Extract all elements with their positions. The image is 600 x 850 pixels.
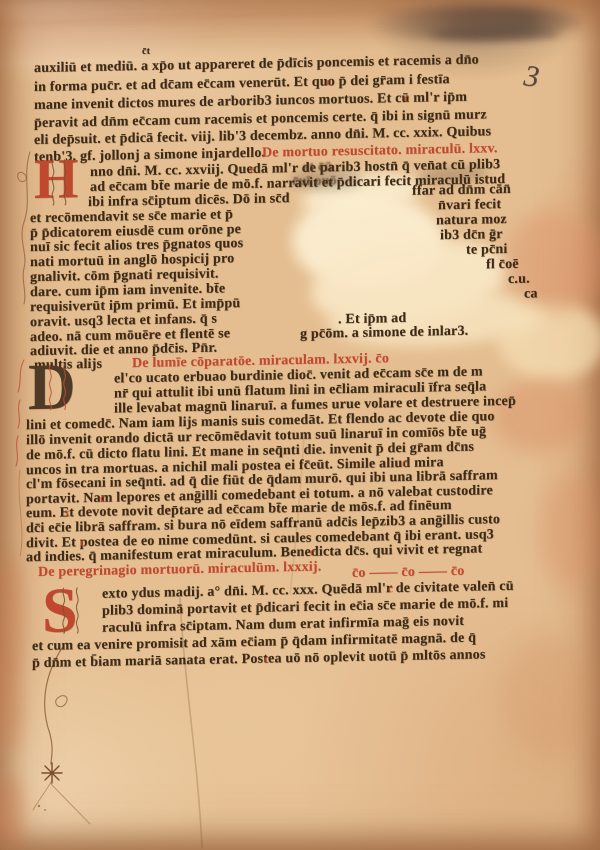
rubric-touch: c [310,545,316,560]
text-line: ca [524,286,538,302]
text-line: g pc̄ōm. a simone de inlar3. [300,324,468,343]
rubric-touch: c [264,652,270,667]
rubric-touch: c [404,91,410,106]
ghost-text: at c̄ū [302,159,332,176]
initial-penwork [42,583,99,638]
illuminated-initial-D: D [28,359,87,416]
rubric-touch: c [388,581,394,596]
initial-penwork [28,359,87,416]
illuminated-initial-H: H [34,155,84,204]
rubric-touch: c [66,505,72,520]
rubric-touch: c [80,535,86,550]
rubric-touch: c [402,456,408,471]
rubric-touch: c [326,74,332,89]
initial-penwork [34,155,84,204]
ghost-text: c̄uī ouō [292,173,337,190]
rubric-touch: c [100,491,106,506]
text-block: c̄tauxiliū et mediū. a xp̄o ut appareret… [0,0,600,850]
manuscript-page: c̄tauxiliū et mediū. a xp̄o ut appareret… [0,0,600,850]
illuminated-initial-S: S [42,583,99,638]
text-line: c̄t [142,46,150,57]
text-line: c.u. [508,272,530,288]
rubric-touch: c [250,162,256,177]
